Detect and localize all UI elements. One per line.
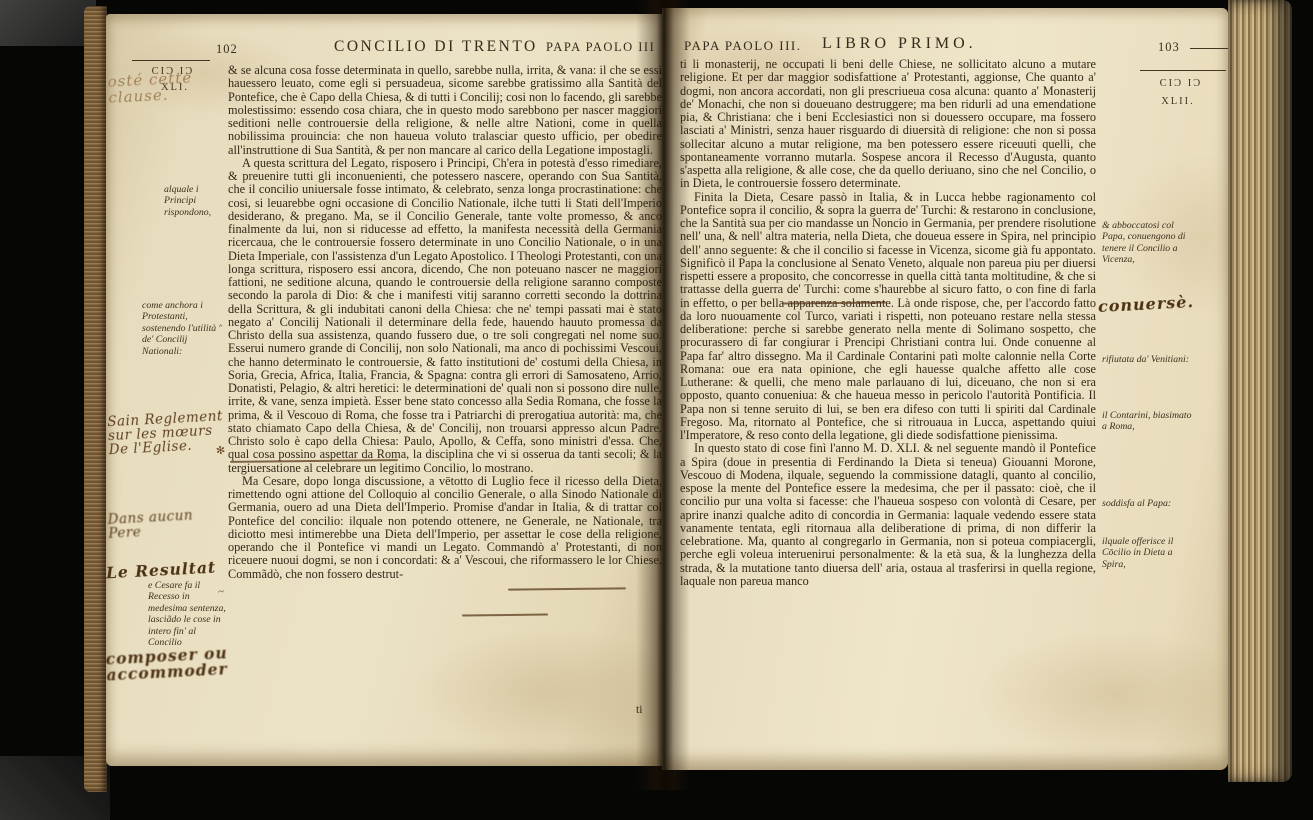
running-title-left-page: CONCILIO DI TRENTO xyxy=(334,38,538,56)
handwritten-note: Le Resultat xyxy=(106,559,236,582)
handwritten-note: conuersè. xyxy=(1098,293,1219,316)
year-mark-rule xyxy=(1140,70,1226,71)
printed-margin-note: ilquale offerisce il Cōcilio in Dieta a … xyxy=(1102,536,1198,570)
catchword: ti xyxy=(636,704,642,716)
year-mark-top: CIƆ IƆ xyxy=(1144,76,1218,91)
year-mark-rule xyxy=(132,60,210,61)
ink-underline xyxy=(462,614,548,617)
paragraph: A questa scrittura del Legato, risposero… xyxy=(228,157,662,475)
handwritten-note: osté cette clause. xyxy=(107,69,218,106)
right-page: PAPA PAOLO III. LIBRO PRIMO. 103 CIƆ IƆ … xyxy=(662,8,1228,770)
ink-mark: ✻ xyxy=(215,443,226,457)
scanner-background-patch xyxy=(0,0,96,46)
printed-margin-note: soddisfa al Papa: xyxy=(1102,498,1198,509)
paragraph: & se alcuna cosa fosse determinata in qu… xyxy=(228,64,662,157)
handwritten-note: composer ou accommoder xyxy=(106,645,241,684)
printed-margin-note: come anchora i Protestanti, sostenendo l… xyxy=(142,300,228,357)
running-title-right-page: LIBRO PRIMO. xyxy=(822,35,977,53)
ink-underline xyxy=(508,587,626,590)
year-mark-rule xyxy=(1190,48,1228,49)
handwritten-note: Sain Reglement sur les mœurs De l'Eglise… xyxy=(107,409,233,458)
printed-margin-note: alquale i Principi rispondono, xyxy=(164,184,228,218)
left-page: 102 CONCILIO DI TRENTO PAPA PAOLO III CI… xyxy=(106,14,662,766)
running-title-left-page-right: PAPA PAOLO III xyxy=(546,40,655,55)
paragraph: Ma Cesare, dopo longa discussione, a vēt… xyxy=(228,475,662,581)
page-number-left: 102 xyxy=(216,42,238,57)
handwritten-note: Dans aucun Pere xyxy=(107,507,218,541)
paragraph: Finita la Dieta, Cesare passò in Italia,… xyxy=(680,191,1096,443)
page-number-right: 103 xyxy=(1158,40,1180,55)
printed-margin-note: rifiutata da' Venitiani: xyxy=(1102,354,1198,365)
paragraph: ti li monasterij, ne occupati li beni de… xyxy=(680,58,1096,191)
year-mark-bottom: XLII. xyxy=(1152,94,1204,109)
left-page-text-column: & se alcuna cosa fosse determinata in qu… xyxy=(228,64,662,581)
printed-margin-note: & abboccatosi col Papa, conuengono di te… xyxy=(1102,220,1198,266)
right-page-text-column: ti li monasterij, ne occupati li beni de… xyxy=(680,58,1096,588)
printed-margin-note: il Contarini, biasimato a Roma, xyxy=(1102,410,1198,433)
book-scan-photo: 102 CONCILIO DI TRENTO PAPA PAOLO III CI… xyxy=(0,0,1313,820)
paragraph: In questo stato di cose finì l'anno M. D… xyxy=(680,442,1096,588)
book-spine-page-stack-left xyxy=(84,6,107,792)
book-fore-edge-page-stack-right xyxy=(1228,0,1292,782)
running-title-right-page-left: PAPA PAOLO III. xyxy=(684,38,802,54)
